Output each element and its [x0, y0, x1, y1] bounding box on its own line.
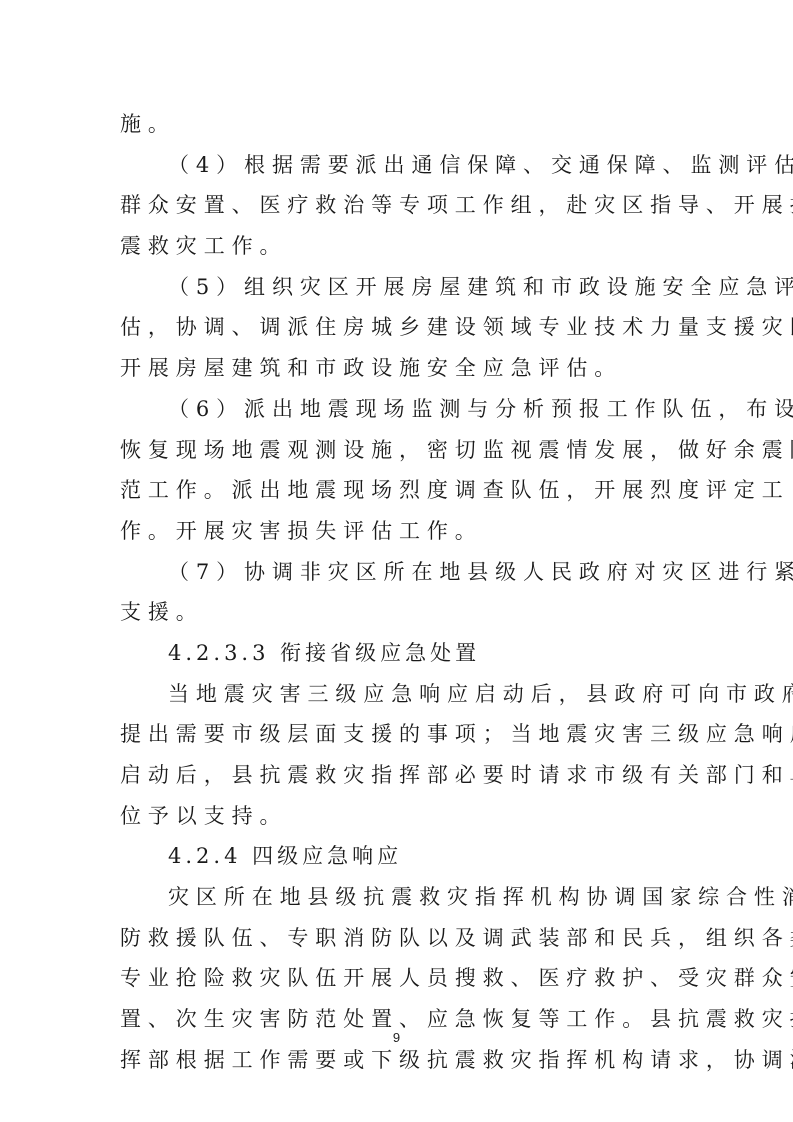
section-heading-4-2-4: 4.2.4 四级应急响应: [120, 836, 682, 877]
text-line: 专业抢险救灾队伍开展人员搜救、医疗救护、受灾群众安: [120, 958, 682, 999]
text-line: 群众安置、医疗救治等专项工作组，赴灾区指导、开展抗: [120, 185, 682, 226]
text-line: 恢复现场地震观测设施，密切监视震情发展，做好余震防: [120, 430, 682, 471]
text-line: 提出需要市级层面支援的事项；当地震灾害三级应急响应: [120, 714, 682, 755]
text-line: 震救灾工作。: [120, 226, 682, 267]
page-number: 9: [0, 1030, 793, 1045]
text-line: 施。: [120, 104, 682, 145]
paragraph-item-4: （4）根据需要派出通信保障、交通保障、监测评估、: [120, 145, 682, 186]
text-line: 防救援队伍、专职消防队以及调武装部和民兵，组织各类: [120, 918, 682, 959]
text-line: 启动后，县抗震救灾指挥部必要时请求市级有关部门和单: [120, 755, 682, 796]
paragraph-start: 当地震灾害三级应急响应启动后，县政府可向市政府: [120, 674, 682, 715]
text-line: 位予以支持。: [120, 796, 682, 837]
text-line: 范工作。派出地震现场烈度调查队伍，开展烈度评定工: [120, 470, 682, 511]
text-line: 作。开展灾害损失评估工作。: [120, 511, 682, 552]
section-heading-4-2-3-3: 4.2.3.3 衔接省级应急处置: [120, 633, 682, 674]
paragraph-item-6: （6）派出地震现场监测与分析预报工作队伍，布设或: [120, 389, 682, 430]
text-line: 估，协调、调派住房城乡建设领域专业技术力量支援灾区: [120, 307, 682, 348]
paragraph-item-7: （7）协调非灾区所在地县级人民政府对灾区进行紧急: [120, 552, 682, 593]
document-body: 施。 （4）根据需要派出通信保障、交通保障、监测评估、 群众安置、医疗救治等专项…: [120, 104, 682, 1081]
text-line: 支援。: [120, 592, 682, 633]
text-line: 挥部根据工作需要或下级抗震救灾指挥机构请求，协调派: [120, 1040, 682, 1081]
paragraph-start: 灾区所在地县级抗震救灾指挥机构协调国家综合性消: [120, 877, 682, 918]
text-line: 开展房屋建筑和市政设施安全应急评估。: [120, 348, 682, 389]
paragraph-item-5: （5）组织灾区开展房屋建筑和市政设施安全应急评: [120, 267, 682, 308]
